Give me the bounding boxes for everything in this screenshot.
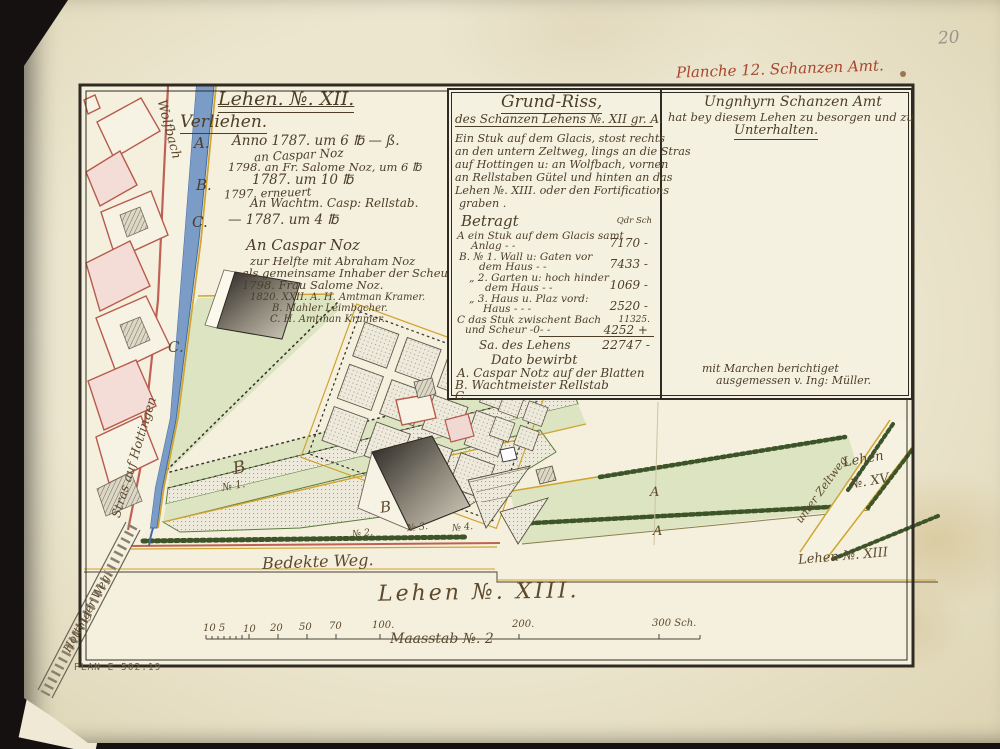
amt-note-cell: Ungnhyrn Schanzen Amt hat bey diesem Leh… [662,90,911,398]
note-line1: An Caspar Noz [246,236,360,254]
amt-note-line1: Ungnhyrn Schanzen Amt [704,94,882,110]
red-note-line3: C. H. Amtman Kramer. [270,314,385,325]
scale-tick-5: 100. [372,620,394,631]
entry-c-label: C. [192,213,208,231]
row2-value: 7433 - [610,257,648,271]
betragt-heading: Betragt [461,212,519,230]
entry-c-line1: — 1787. um 4 ℔ [228,212,338,228]
scale-tick-0: 10 5 [203,623,225,634]
amt-note-line3: Unterhalten. [734,123,818,140]
entry-a-label: A. [194,134,210,152]
dato-line-c: C. [455,389,468,403]
lehen-title: Lehen. №. XII. [218,88,354,113]
archive-stamp: PLAN E 502.19 [74,662,161,673]
grundriss-subtitle: des Schanzen Lehens №. XII gr. A. [455,112,653,127]
desc-line3: auf Hottingen u: an Wolfbach, vornen [455,158,668,171]
plot-c-label: C. [168,338,184,356]
row1-value: 7170 - [610,236,648,250]
plot-no2-label: № 2. [351,527,373,540]
scale-tick-1: 10 [243,624,256,635]
pencil-page-number: 20 [937,27,960,48]
amt-note-line2: hat bey diesem Lehen zu besorgen und zu [668,110,914,124]
plot-a-label-lower: A [653,524,662,539]
row5-value: 4252 + [604,323,648,337]
scanned-plan-photo: Lehen. №. XII. Verliehen. A. Anno 1787. … [0,0,1000,749]
plot-no4-label: № 4. [451,521,473,534]
sum-label: Sa. des Lehens [479,338,571,352]
lehen-13-bottom-label: Lehen №. XIII. [378,578,580,607]
desc-line4: an Rellstaben Gütel und hinten an das [455,171,672,184]
red-note-line1: 1820. XXII. A. H. Amtman Kramer. [250,292,425,303]
desc-line2: an den untern Zeltweg, lings an die Stra… [455,145,691,158]
scale-tick-4: 70 [329,621,342,632]
desc-line6: graben . [459,197,506,210]
desc-line1: Ein Stuk auf dem Glacis, stost rechts [455,132,665,145]
unit-header: Qdr Sch [617,216,652,226]
row3-value: 1069 - [610,278,648,292]
plot-no3-label: № 3. [406,521,428,534]
entry-b-line3: An Wachtm. Casp: Rellstab. [250,196,418,210]
plot-b2-label: B [379,497,392,516]
scale-tick-7: 300 Sch. [652,618,696,629]
bedekte-weg-label: Bedekte Weg. [262,550,374,573]
grundriss-cell: Grund-Riss, des Schanzen Lehens №. XII g… [449,90,662,398]
row4-value: 2520 - [610,299,648,313]
desc-line5: Lehen №. XIII. oder den Fortifications [455,184,669,197]
entry-b-label: B. [196,176,212,194]
grundriss-title: Grund-Riss, [501,92,602,114]
scale-tick-2: 20 [270,623,283,634]
red-note-line2: B. Mahler Leimbacher. [272,303,388,314]
surveyor-line2: ausgemessen v. Ing: Müller. [716,374,871,387]
dato-line-b: B. Wachtmeister Rellstab [455,378,609,392]
sum-value: 22747 - [602,337,650,352]
title-panel: Grund-Riss, des Schanzen Lehens №. XII g… [447,88,913,400]
verliehen-subtitle: Verliehen. [180,112,267,134]
plot-a-label-upper: A [650,485,659,500]
maasstab-caption: Maasstab №. 2 [390,631,494,647]
scale-tick-3: 50 [299,622,312,633]
scale-tick-6: 200. [512,619,534,630]
verliehen-block: Lehen. №. XII. Verliehen. A. Anno 1787. … [180,86,450,336]
note-line4: 1798. Frau Salome Noz. [242,278,383,292]
row5-line2: und Scheur -0- - [465,324,550,336]
